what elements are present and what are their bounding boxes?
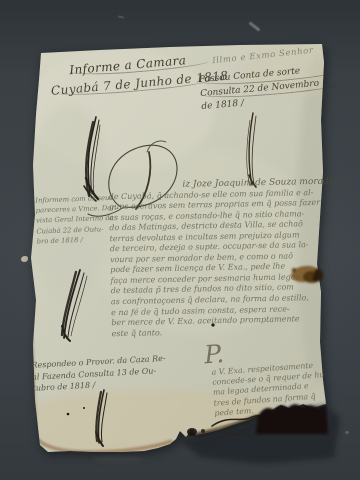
ink-stain bbox=[290, 264, 323, 284]
photo-backdrop: Informe a Camara Cuyabá 7 de Junho de 18… bbox=[0, 0, 360, 480]
damage-overlay bbox=[0, 0, 360, 480]
